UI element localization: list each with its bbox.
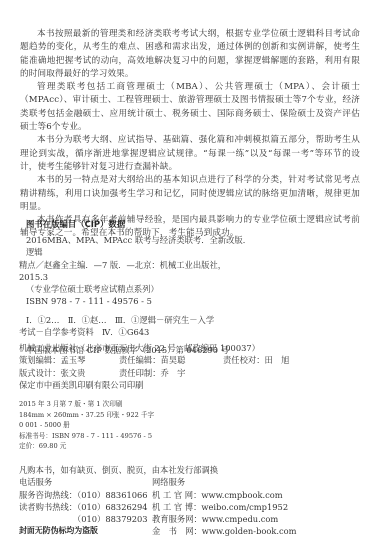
preface-paragraph: 管理类联考包括工商管理硕士（MBA）、公共管理硕士（MPA）、会计硕士（MPAc… (20, 81, 360, 134)
proofreader: 责任校对：田 旭 (223, 354, 289, 366)
preface: 本书按照最新的管理类和经济类联考考试大纲，根据专业学位硕士逻辑科目考试命题趋势的… (20, 28, 360, 241)
layout-design: 版式设计：张文贵 (19, 367, 119, 379)
edition: 2015 年 3 月第 7 版・第 1 次印刷 (19, 399, 154, 410)
phone-service-header: 电话服务 (19, 476, 152, 488)
cip-title: 图书在版编目（CIP）数据 (26, 218, 125, 230)
publisher-address: 机械工业出版社（北京市百万庄大街 22 号 邮政编码 100037） (19, 342, 339, 354)
golden-book-website: 金 书 网：www.golden-book.com (152, 525, 297, 537)
official-weibo: 机 工 官 博：weibo.com/cmp1952 (152, 501, 288, 513)
cip-line: 2016MBA、MPA、MPAcc 联考与经济类联考．全新改版．逻辑 (19, 234, 254, 259)
printer: 保定市中画美凯印刷有限公司印刷 (19, 379, 339, 391)
cip-series: （专业学位硕士联考应试精点系列） (19, 283, 254, 295)
cip-data: 2016MBA、MPA、MPAcc 联考与经济类联考．全新改版．逻辑 精点／赵鑫… (19, 234, 254, 357)
preface-paragraph: 本书的另一特点是对大纲给出的基本知识点进行了科学的分类，针对考试常见考点精讲精练… (20, 174, 360, 214)
official-website: 机 工 官 网：www.cmpbook.com (152, 489, 283, 501)
print-info: 2015 年 3 月第 7 版・第 1 次印刷 184mm × 260mm・37… (19, 399, 154, 452)
purchase-hotline: 读者购书热线：（010）68326294 (19, 501, 152, 513)
copies: 0 001 - 5000 册 (19, 420, 154, 431)
format: 184mm × 260mm・37.25 印张・922 千字 (19, 410, 154, 421)
cip-classification: 考试－自学参考资料 Ⅳ．①G643 (19, 326, 254, 338)
education-website: 教育服务网：www.cmpedu.com (152, 513, 278, 525)
preface-paragraph: 本书按照最新的管理类和经济类联考考试大纲，根据专业学位硕士逻辑科目考试命题趋势的… (20, 28, 360, 81)
isbn: 标准书号：ISBN 978 - 7 - 111 - 49576 - 5 (19, 431, 154, 442)
service-hotline: 服务咨询热线：（010）88361066 (19, 489, 152, 501)
web-service-header: 网络服务 (152, 476, 185, 488)
cip-classification: Ⅰ．①2… Ⅱ．①赵… Ⅲ．①逻辑－研究生－入学 (19, 314, 254, 326)
replacement-notice: 凡购本书，如有缺页、倒页、脱页，由本社发行部调换 (19, 464, 359, 476)
cip-isbn: ISBN 978 - 7 - 111 - 49576 - 5 (19, 295, 254, 307)
responsible-editor: 责任编辑：苗昊聪 (119, 354, 223, 366)
anti-piracy-notice: 封面无防伪标均为盗版 (19, 525, 152, 537)
service-info: 凡购本书，如有缺页、倒页、脱页，由本社发行部调换 电话服务 网络服务 服务咨询热… (19, 464, 359, 538)
cip-line: 精点／赵鑫全主编．—7 版．—北京：机械工业出版社，2015.3 (19, 259, 254, 284)
price: 定价：69.80 元 (19, 441, 154, 452)
copyright-page: 本书按照最新的管理类和经济类联考考试大纲，根据专业学位硕士逻辑科目考试命题趋势的… (0, 0, 375, 551)
publisher-info: 机械工业出版社（北京市百万庄大街 22 号 邮政编码 100037） 策划编辑：… (19, 342, 339, 392)
preface-paragraph: 本书分为联考大纲、应试指导、基础篇、强化篇和冲刺模拟篇五部分，帮助考生从理论到实… (20, 134, 360, 174)
purchase-hotline-2: （010）88379203 (19, 513, 152, 525)
print-supervisor: 责任印制：乔 宇 (119, 367, 223, 379)
planning-editor: 策划编辑：孟玉琴 (19, 354, 119, 366)
